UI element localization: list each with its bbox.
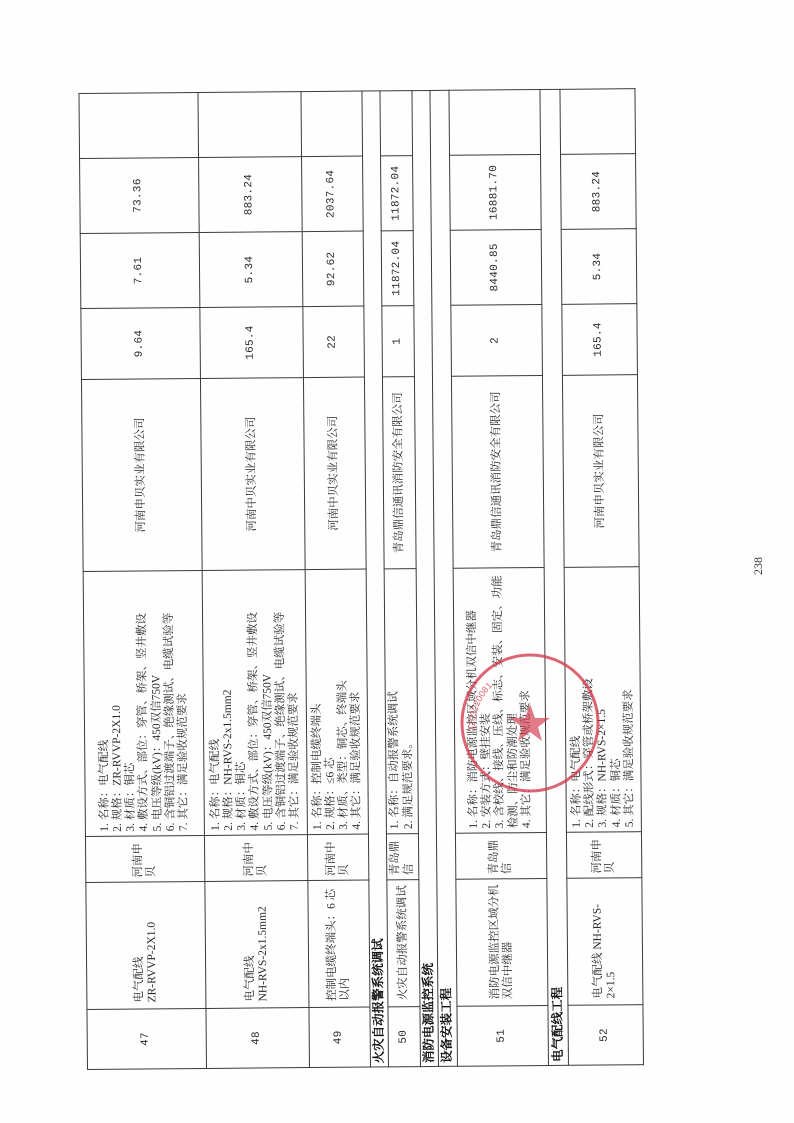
brand-cell: 河南申贝 bbox=[566, 832, 641, 879]
unit-price: 7.61 bbox=[81, 233, 200, 308]
supplier: 河南中贝实业有限公司 bbox=[201, 378, 305, 570]
spec-line: 3. 材质：铜芯 bbox=[125, 763, 139, 832]
unit-price: 8440.85 bbox=[451, 230, 542, 305]
item-name: 电气配线 NH-RVS-2×1.5 bbox=[591, 882, 618, 998]
brand: 河南申贝 bbox=[567, 832, 641, 878]
spec-line: 5. 电压等级(kV)：450双信750V bbox=[150, 675, 165, 832]
row-number-cell: 48 bbox=[206, 1008, 310, 1069]
brand: 河南中贝 bbox=[205, 835, 307, 881]
table-row: 52 电气配线 NH-RVS-2×1.5 河南申贝 1. 名称：电气配线 2. … bbox=[560, 89, 644, 1066]
brand: 河南中贝 bbox=[308, 835, 368, 881]
quotation-table-rotated: 47 电气配线ZR-RVVP-2X1.0 河南申贝 1. 名称：电气配线 2. … bbox=[78, 89, 642, 1070]
spec-cell: 1. 名称：消防电源监控区域分机双信中继器 2. 安装方式：壁挂安装 3. 含校… bbox=[453, 567, 546, 833]
row-number: 48 bbox=[206, 1008, 309, 1068]
item-name-cell: 电气配线 NH-RVS-2×1.5 bbox=[567, 878, 643, 1006]
item-name-cell: 控制电缆终端头：6 芯以内 bbox=[308, 880, 370, 1008]
spec-line: 3. 材质：铜芯 bbox=[236, 762, 250, 831]
unit-price-cell: 92.62 bbox=[302, 231, 364, 307]
item-name: 电气配线 bbox=[244, 956, 258, 1002]
total-price-cell: 883.24 bbox=[199, 157, 303, 233]
supplier-cell: 青岛鼎信通讯消防安全有限公司 bbox=[382, 377, 416, 569]
spec-line: 2. 规格：≤6 芯 bbox=[324, 757, 338, 830]
quantity-cell: 22 bbox=[303, 306, 365, 378]
remark bbox=[301, 92, 362, 157]
item-name-cell: 消防电源监控区域分机双信中继器 bbox=[456, 878, 548, 1006]
table-row: 49 控制电缆终端头：6 芯以内 河南中贝 1. 名称：控制电缆终端头 2. 规… bbox=[301, 91, 371, 1067]
row-number: 47 bbox=[87, 1009, 206, 1069]
unit-price: 11872.04 bbox=[382, 231, 414, 305]
remark-cell bbox=[301, 91, 363, 157]
spec-line: 5. 电压等级(kV)：450双信750V bbox=[261, 674, 276, 831]
remark bbox=[380, 91, 412, 155]
remark bbox=[560, 89, 635, 154]
total-price: 16881.70 bbox=[450, 155, 541, 230]
spec-line: 4. 敷设方式、部位：穿管、桥架、竖井敷设 bbox=[136, 613, 151, 832]
remark bbox=[198, 92, 301, 157]
spec-line: 4. 其它：满足验收规范要求 bbox=[519, 690, 533, 828]
quotation-table: 47 电气配线ZR-RVVP-2X1.0 河南申贝 1. 名称：电气配线 2. … bbox=[78, 88, 644, 1070]
row-number-cell: 49 bbox=[309, 1007, 371, 1068]
quantity-cell: 9.64 bbox=[81, 307, 201, 379]
spec-line: 1. 名称：控制电缆终端头 bbox=[310, 703, 324, 830]
table-row: 48 电气配线NH-RVS-2x1.5mm2 河南中贝 1. 名称：电气配线 2… bbox=[198, 92, 310, 1069]
supplier: 青岛鼎信通讯消防安全有限公司 bbox=[383, 377, 416, 568]
spec-line: 3. 规格：NH-RVS-2×1.5 bbox=[596, 709, 610, 827]
quantity-cell: 165.4 bbox=[200, 307, 304, 379]
spec-line: 4. 其它：满足验收规范要求 bbox=[350, 692, 364, 830]
unit-price: 92.62 bbox=[303, 232, 364, 307]
total-price-cell: 883.24 bbox=[561, 154, 637, 230]
total-price: 11872.04 bbox=[381, 156, 413, 230]
spec-line: 5. 其它：满足验收规范要求 bbox=[622, 689, 636, 827]
spec-line: 2. 规格：NH-RVS-2x1.5mm2 bbox=[222, 689, 236, 830]
spec-cell: 1. 名称：电气配线 2. 规格：NH-RVS-2x1.5mm2 3. 材质：铜… bbox=[202, 570, 307, 836]
total-price-cell: 2037.64 bbox=[302, 156, 364, 232]
item-name-cell: 火灾自动报警系统调试 bbox=[387, 880, 420, 1007]
row-number-cell: 51 bbox=[457, 1005, 549, 1066]
row-number-cell: 47 bbox=[87, 1008, 207, 1069]
unit-price-cell: 7.61 bbox=[80, 232, 200, 308]
spec-line: 1. 名称：电气配线 bbox=[98, 740, 112, 832]
quantity: 9.64 bbox=[81, 308, 200, 379]
brand-cell: 青岛鼎信 bbox=[455, 832, 546, 879]
item-name-cell: 电气配线ZR-RVVP-2X1.0 bbox=[86, 881, 206, 1009]
unit-price-cell: 5.34 bbox=[561, 229, 637, 305]
supplier: 河南申贝实业有限公司 bbox=[563, 375, 639, 567]
brand: 青岛鼎信 bbox=[456, 833, 546, 879]
spec-line: 7. 其它：满足验收规范要求 bbox=[288, 692, 302, 830]
spec-line: 1. 名称：消防电源监控区域分机双信中继器 bbox=[466, 610, 481, 829]
spec-line: 1. 名称：自动报警系统调试 bbox=[388, 691, 402, 829]
quantity-cell: 1 bbox=[382, 306, 415, 377]
supplier-cell: 河南中贝实业有限公司 bbox=[200, 378, 305, 571]
spec-cell: 1. 名称：控制电缆终端头 2. 规格：≤6 芯 3. 材质、类型：铜芯、终端头… bbox=[305, 569, 368, 835]
quantity: 22 bbox=[303, 307, 364, 378]
spec-line: 4. 材质：铜芯 bbox=[610, 758, 624, 827]
remark bbox=[79, 93, 198, 158]
page-number: 238 bbox=[751, 548, 765, 584]
spec-line: 2. 满足规范要求。 bbox=[402, 737, 416, 829]
item-model: ZR-RVVP-2X1.0 bbox=[146, 922, 160, 1003]
spec-line: 2. 规格：ZR-RVVP-2X1.0 bbox=[111, 705, 125, 832]
total-price-cell: 11872.04 bbox=[381, 156, 414, 231]
remark-cell bbox=[79, 92, 199, 158]
supplier-cell: 河南申贝实业有限公司 bbox=[562, 375, 639, 568]
spec-line: 4. 敷设方式、部位：穿管、桥架、竖井敷设 bbox=[247, 612, 262, 831]
unit-price-cell: 5.34 bbox=[199, 232, 303, 308]
item-name-cell: 电气配线NH-RVS-2x1.5mm2 bbox=[205, 881, 309, 1009]
spec-line: 1. 名称：电气配线 bbox=[570, 736, 584, 828]
quantity: 165.4 bbox=[562, 304, 637, 375]
total-price-cell: 16881.70 bbox=[450, 155, 542, 231]
quantity: 2 bbox=[451, 305, 542, 376]
spec-line: 6. 含铜铝过渡端子、绝缘测试、电缆试验等 bbox=[274, 612, 289, 831]
total-price: 73.36 bbox=[80, 158, 199, 233]
spec-cell: 1. 名称：自动报警系统调试 2. 满足规范要求。 bbox=[384, 569, 418, 834]
row-number: 50 bbox=[388, 1007, 420, 1066]
quantity: 1 bbox=[382, 306, 414, 376]
supplier: 河南中贝实业有限公司 bbox=[304, 378, 366, 570]
brand-cell: 河南申贝 bbox=[85, 835, 204, 882]
spec-line: 1. 名称：电气配线 bbox=[209, 739, 223, 831]
supplier-cell: 青岛鼎信通讯消防安全有限公司 bbox=[451, 375, 544, 568]
row-number-cell: 52 bbox=[568, 1005, 644, 1066]
total-price-cell: 73.36 bbox=[80, 157, 200, 233]
spec-line: 3. 含校线、接线、压线、标志、安装、固定、功能检测、防尘和防潮处理 bbox=[492, 571, 521, 828]
unit-price-cell: 11872.04 bbox=[381, 231, 414, 306]
spec-cell: 1. 名称：电气配线 2. 配线形式：穿管或桥架敷设 3. 规格：NH-RVS-… bbox=[564, 567, 641, 833]
item-name-extra: 双信中继器 bbox=[502, 942, 516, 1000]
total-price: 2037.64 bbox=[302, 157, 363, 232]
remark-cell bbox=[560, 89, 636, 155]
unit-price: 5.34 bbox=[562, 229, 637, 304]
item-name: 消防电源监控区域分机 bbox=[488, 884, 502, 999]
row-number: 49 bbox=[309, 1008, 370, 1068]
quantity-cell: 2 bbox=[451, 305, 543, 377]
item-model: NH-RVS-2x1.5mm2 bbox=[257, 906, 271, 1001]
quantity: 165.4 bbox=[200, 307, 303, 378]
row-number: 52 bbox=[568, 1005, 643, 1065]
brand: 河南申贝 bbox=[86, 836, 204, 882]
remark bbox=[449, 90, 540, 155]
brand: 青岛鼎信 bbox=[387, 834, 418, 879]
item-name: 火灾自动报警系统调试 bbox=[396, 885, 410, 1000]
spec-line: 7. 其它：满足验收规范要求 bbox=[177, 693, 191, 831]
row-number: 51 bbox=[457, 1006, 548, 1066]
total-price: 883.24 bbox=[561, 154, 636, 229]
unit-price: 5.34 bbox=[200, 232, 303, 307]
supplier-cell: 河南中贝实业有限公司 bbox=[303, 377, 366, 570]
brand-cell: 河南中贝 bbox=[307, 834, 368, 881]
remark-cell bbox=[380, 91, 413, 156]
item-name: 电气配线 bbox=[133, 956, 147, 1002]
table-row: 51 消防电源监控区域分机双信中继器 青岛鼎信 1. 名称：消防电源监控区域分机… bbox=[449, 90, 549, 1067]
spec-cell: 1. 名称：电气配线 2. 规格：ZR-RVVP-2X1.0 3. 材质：铜芯 … bbox=[83, 570, 204, 836]
supplier: 青岛鼎信通讯消防安全有限公司 bbox=[452, 376, 544, 568]
remark-cell bbox=[449, 90, 541, 156]
supplier: 河南申贝实业有限公司 bbox=[82, 379, 202, 571]
supplier-cell: 河南申贝实业有限公司 bbox=[81, 378, 202, 571]
remark-cell bbox=[198, 92, 302, 158]
spec-line: 2. 配线形式：穿管或桥架敷设 bbox=[583, 678, 598, 828]
quantity-cell: 165.4 bbox=[562, 304, 638, 376]
row-number-cell: 50 bbox=[388, 1007, 421, 1067]
unit-price-cell: 8440.85 bbox=[450, 230, 542, 306]
table-row: 47 电气配线ZR-RVVP-2X1.0 河南申贝 1. 名称：电气配线 2. … bbox=[79, 92, 207, 1069]
spec-line: 6. 含铜铝过渡端子、绝缘测试、电缆试验等 bbox=[163, 613, 178, 832]
brand-cell: 青岛鼎信 bbox=[386, 834, 418, 880]
brand-cell: 河南中贝 bbox=[204, 835, 307, 882]
item-name: 控制电缆终端头：6 芯以内 bbox=[325, 885, 352, 1001]
document-page: 47 电气配线ZR-RVVP-2X1.0 河南申贝 1. 名称：电气配线 2. … bbox=[0, 0, 794, 1123]
total-price: 883.24 bbox=[199, 157, 302, 232]
